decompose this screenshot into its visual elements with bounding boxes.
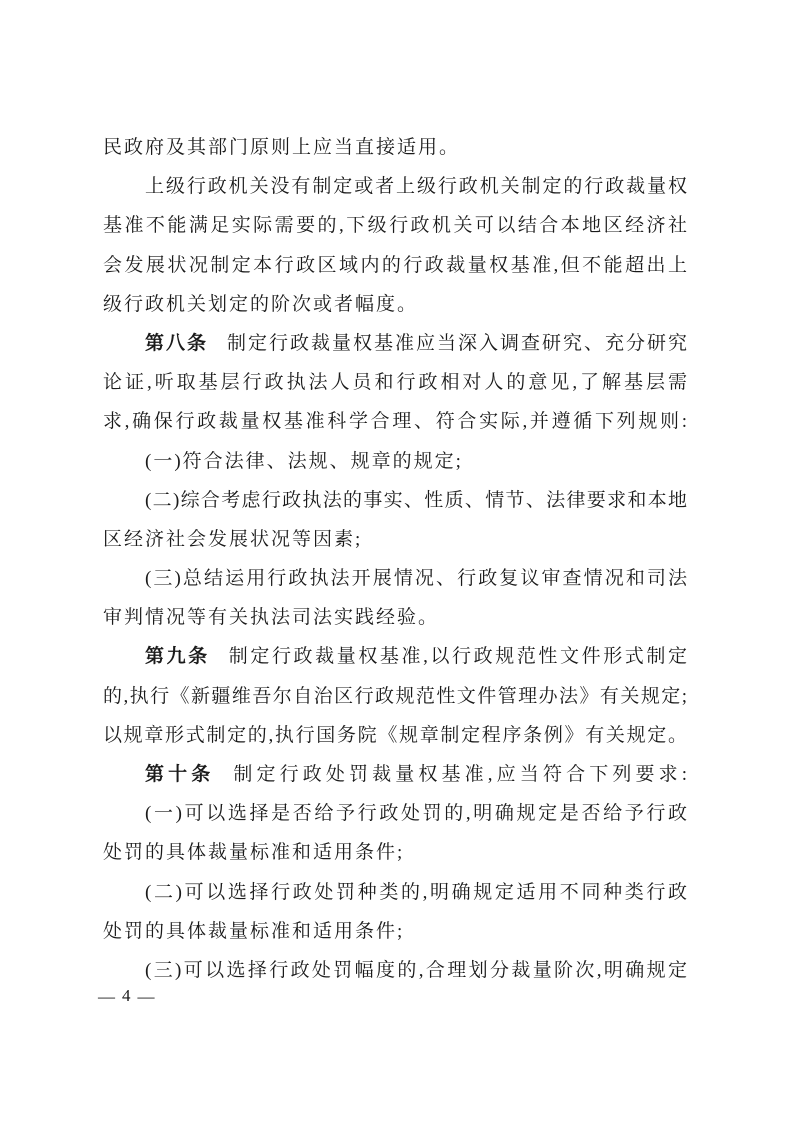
document-body: 民政府及其部门原则上应当直接适用。上级行政机关没有制定或者上级行政机关制定的行政… xyxy=(103,128,687,990)
article-number: 第十条 xyxy=(145,764,214,785)
body-text-line: (三)总结运用行政执法开展情况、行政复议审查情况和司法 xyxy=(103,559,687,598)
body-text-line: 上级行政机关没有制定或者上级行政机关制定的行政裁量权 xyxy=(103,167,687,206)
footer-dash-right: — xyxy=(138,988,155,1005)
body-text-line: 处罚的具体裁量标准和适用条件; xyxy=(103,833,687,872)
article-number: 第八条 xyxy=(145,333,208,354)
body-text-line: 会发展状况制定本行政区域内的行政裁量权基准,但不能超出上 xyxy=(103,246,687,285)
body-text-line: (一)可以选择是否给予行政处罚的,明确规定是否给予行政 xyxy=(103,794,687,833)
footer-page-number: 4 xyxy=(122,986,131,1006)
body-text-line: (一)符合法律、法规、规章的规定; xyxy=(103,442,687,481)
body-text-line: 处罚的具体裁量标准和适用条件; xyxy=(103,912,687,951)
body-text-line: 审判情况等有关执法司法实践经验。 xyxy=(103,598,687,637)
article-heading-line: 第八条制定行政裁量权基准应当深入调查研究、充分研究 xyxy=(103,324,687,363)
body-text-line: 级行政机关划定的阶次或者幅度。 xyxy=(103,285,687,324)
article-heading-line: 第九条制定行政裁量权基准,以行政规范性文件形式制定 xyxy=(103,637,687,676)
article-number: 第九条 xyxy=(145,646,210,667)
body-text-line: (二)可以选择行政处罚种类的,明确规定适用不同种类行政 xyxy=(103,873,687,912)
body-text-line: 论证,听取基层行政执法人员和行政相对人的意见,了解基层需 xyxy=(103,363,687,402)
body-text-line: (三)可以选择行政处罚幅度的,合理划分裁量阶次,明确规定 xyxy=(103,951,687,990)
body-text-line: 基准不能满足实际需要的,下级行政机关可以结合本地区经济社 xyxy=(103,206,687,245)
page-footer: — 4 — xyxy=(98,986,155,1006)
body-text-line: 求,确保行政裁量权基准科学合理、符合实际,并遵循下列规则: xyxy=(103,402,687,441)
body-text-line: 以规章形式制定的,执行国务院《规章制定程序条例》有关规定。 xyxy=(103,716,687,755)
body-text-line: (二)综合考虑行政执法的事实、性质、情节、法律要求和本地 xyxy=(103,481,687,520)
document-page: 民政府及其部门原则上应当直接适用。上级行政机关没有制定或者上级行政机关制定的行政… xyxy=(0,0,793,1122)
footer-dash-left: — xyxy=(98,988,115,1005)
body-text-line: 民政府及其部门原则上应当直接适用。 xyxy=(103,128,687,167)
article-heading-line: 第十条制定行政处罚裁量权基准,应当符合下列要求: xyxy=(103,755,687,794)
body-text-line: 区经济社会发展状况等因素; xyxy=(103,520,687,559)
body-text-line: 的,执行《新疆维吾尔自治区行政规范性文件管理办法》有关规定; xyxy=(103,677,687,716)
